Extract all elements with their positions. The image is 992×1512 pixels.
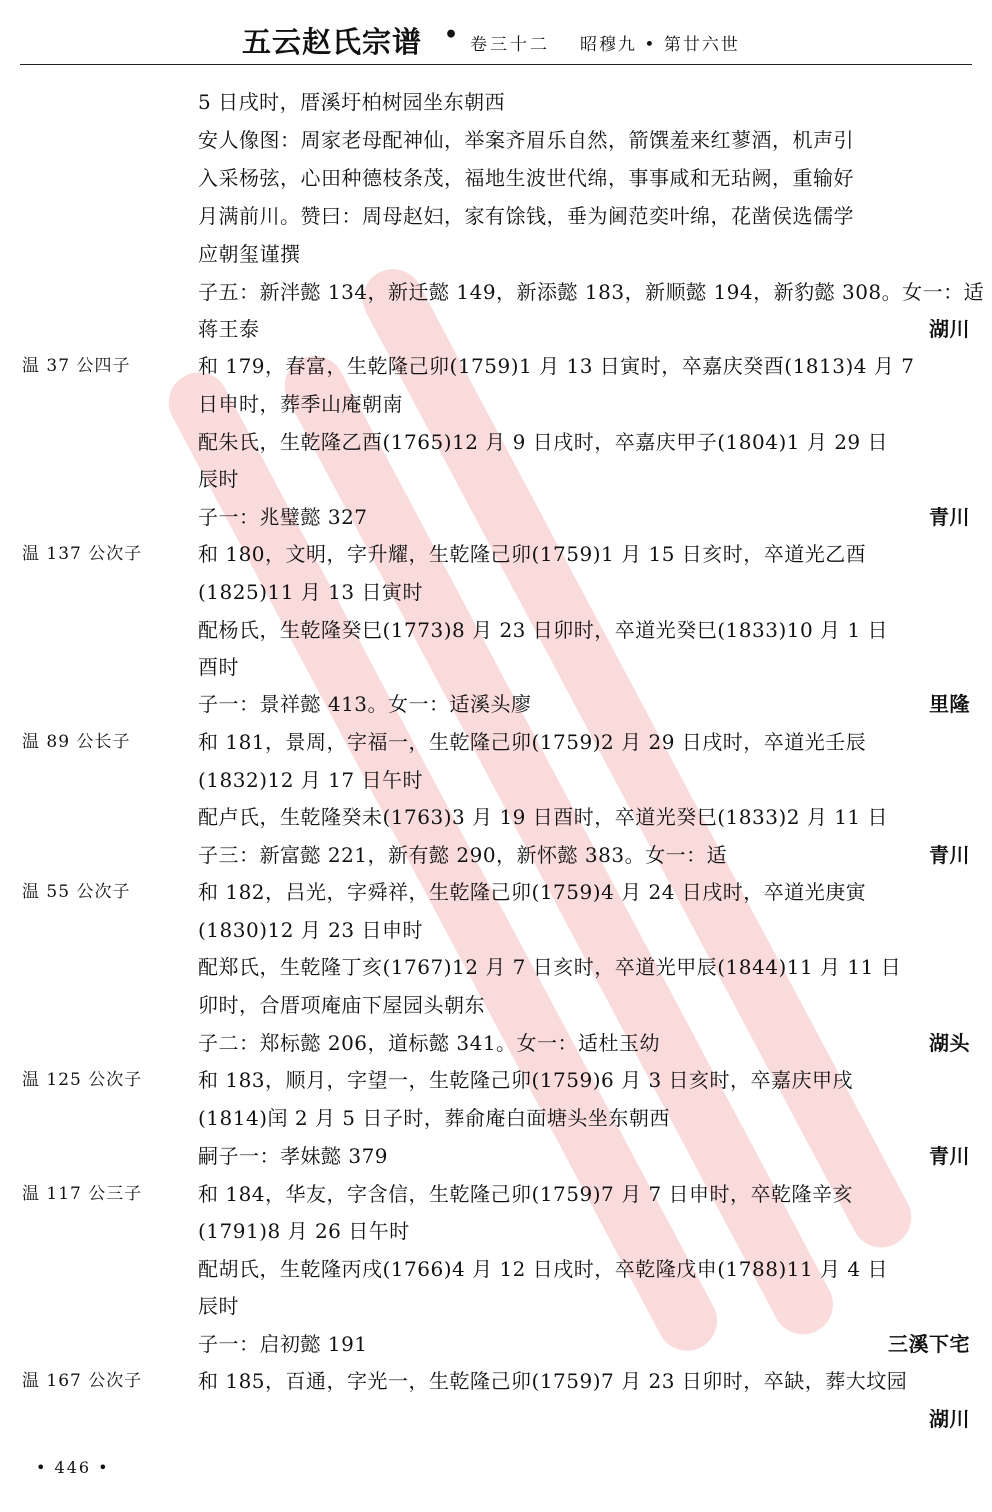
book-title: 五云赵氏宗谱: [242, 20, 422, 61]
entry-line: 子一：兆璧懿 327: [198, 503, 970, 531]
title-separator: •: [444, 22, 458, 48]
place-label: 三溪下宅: [888, 1330, 970, 1358]
entry-line: 辰时: [198, 465, 970, 493]
entry-line: 子一：启初懿 191: [198, 1330, 970, 1358]
place-label: 湖川: [929, 1405, 970, 1433]
entry-line: 和 181，景周，字福一，生乾隆己卯(1759)2 月 29 日戌时，卒道光壬辰: [198, 728, 970, 756]
entry-line: 和 185，百通，字光一，生乾隆己卯(1759)7 月 23 日卯时，卒缺，葬大…: [198, 1367, 970, 1395]
entry-line: 和 184，华友，字含信，生乾隆己卯(1759)7 月 7 日申时，卒乾隆辛亥: [198, 1180, 970, 1208]
entry-line: 和 183，顺月，字望一，生乾隆己卯(1759)6 月 3 日亥时，卒嘉庆甲戌: [198, 1066, 970, 1094]
entry-line: 和 182，吕光，字舜祥，生乾隆己卯(1759)4 月 24 日戌时，卒道光庚寅: [198, 878, 970, 906]
entry-line: 和 180，文明，字升耀，生乾隆己卯(1759)1 月 15 日亥时，卒道光乙酉: [198, 540, 970, 568]
entry-line: 蒋王泰: [198, 315, 970, 343]
lineage-label: 温 55 公次子: [22, 878, 130, 906]
place-label: 湖川: [929, 315, 970, 343]
section-label: 昭穆九 • 第廿六世: [580, 30, 740, 55]
entry-line: 嗣子一：孝妹懿 379: [198, 1142, 970, 1170]
entry-line: (1791)8 月 26 日午时: [198, 1217, 970, 1245]
entry-line: 辰时: [198, 1292, 970, 1320]
entry-line: 入采杨弦，心田种德枝条茂，福地生波世代绵，事事咸和无玷阙，重输好: [198, 164, 970, 192]
lineage-label: 温 167 公次子: [22, 1367, 142, 1395]
lineage-label: 温 37 公四子: [22, 352, 130, 380]
place-label: 里隆: [929, 690, 970, 718]
lineage-label: 温 125 公次子: [22, 1066, 142, 1094]
page-number: • 446 •: [36, 1458, 110, 1477]
entry-line: (1814)闰 2 月 5 日子时，葬俞庵白面塘头坐东朝西: [198, 1104, 970, 1132]
entry-line: (1832)12 月 17 日午时: [198, 766, 970, 794]
entry-line: (1825)11 月 13 日寅时: [198, 578, 970, 606]
entry-line: 安人像图：周家老母配神仙，举案齐眉乐自然，箭馔羞来红蓼酒，机声引: [198, 126, 970, 154]
entry-line: 5 日戌时，厝溪圩柏树园坐东朝西: [198, 88, 970, 116]
place-label: 青川: [929, 1142, 970, 1170]
header-rule: [20, 64, 972, 65]
entry-line: 酉时: [198, 653, 970, 681]
lineage-label: 温 117 公三子: [22, 1180, 142, 1208]
place-label: 青川: [929, 503, 970, 531]
entry-line: 和 179，春富，生乾隆己卯(1759)1 月 13 日寅时，卒嘉庆癸酉(181…: [198, 352, 970, 380]
entry-line: 子一：景祥懿 413。女一：适溪头廖: [198, 690, 970, 718]
page-header: 五云赵氏宗谱 • 卷三十二 昭穆九 • 第廿六世: [0, 18, 992, 62]
entry-line: 月满前川。赞曰：周母赵妇，家有馀钱，垂为阃范奕叶绵，花凿侯选儒学: [198, 202, 970, 230]
entry-line: 配胡氏，生乾隆丙戌(1766)4 月 12 日戌时，卒乾隆戊申(1788)11 …: [198, 1255, 970, 1283]
place-label: 湖头: [929, 1029, 970, 1057]
entry-line: 配卢氏，生乾隆癸未(1763)3 月 19 日酉时，卒道光癸巳(1833)2 月…: [198, 803, 970, 831]
entry-line: 配朱氏，生乾隆乙酉(1765)12 月 9 日戌时，卒嘉庆甲子(1804)1 月…: [198, 428, 970, 456]
entry-line: 应朝玺谨撰: [198, 240, 970, 268]
lineage-label: 温 89 公长子: [22, 728, 130, 756]
entry-line: 日申时，葬季山庵朝南: [198, 390, 970, 418]
entry-line: (1830)12 月 23 日申时: [198, 916, 970, 944]
lineage-label: 温 137 公次子: [22, 540, 142, 568]
volume-label: 卷三十二: [470, 30, 550, 55]
entry-line: 子二：郑标懿 206，道标懿 341。女一：适杜玉幼: [198, 1029, 970, 1057]
entry-line: 子五：新泮懿 134，新迁懿 149，新添懿 183，新顺懿 194，新豹懿 3…: [198, 278, 970, 306]
entry-line: 子三：新富懿 221，新有懿 290，新怀懿 383。女一：适: [198, 841, 970, 869]
entry-line: 配郑氏，生乾隆丁亥(1767)12 月 7 日亥时，卒道光甲辰(1844)11 …: [198, 953, 970, 981]
entry-line: 配杨氏，生乾隆癸巳(1773)8 月 23 日卯时，卒道光癸巳(1833)10 …: [198, 616, 970, 644]
place-label: 青川: [929, 841, 970, 869]
entry-line: 卯时，合厝项庵庙下屋园头朝东: [198, 991, 970, 1019]
